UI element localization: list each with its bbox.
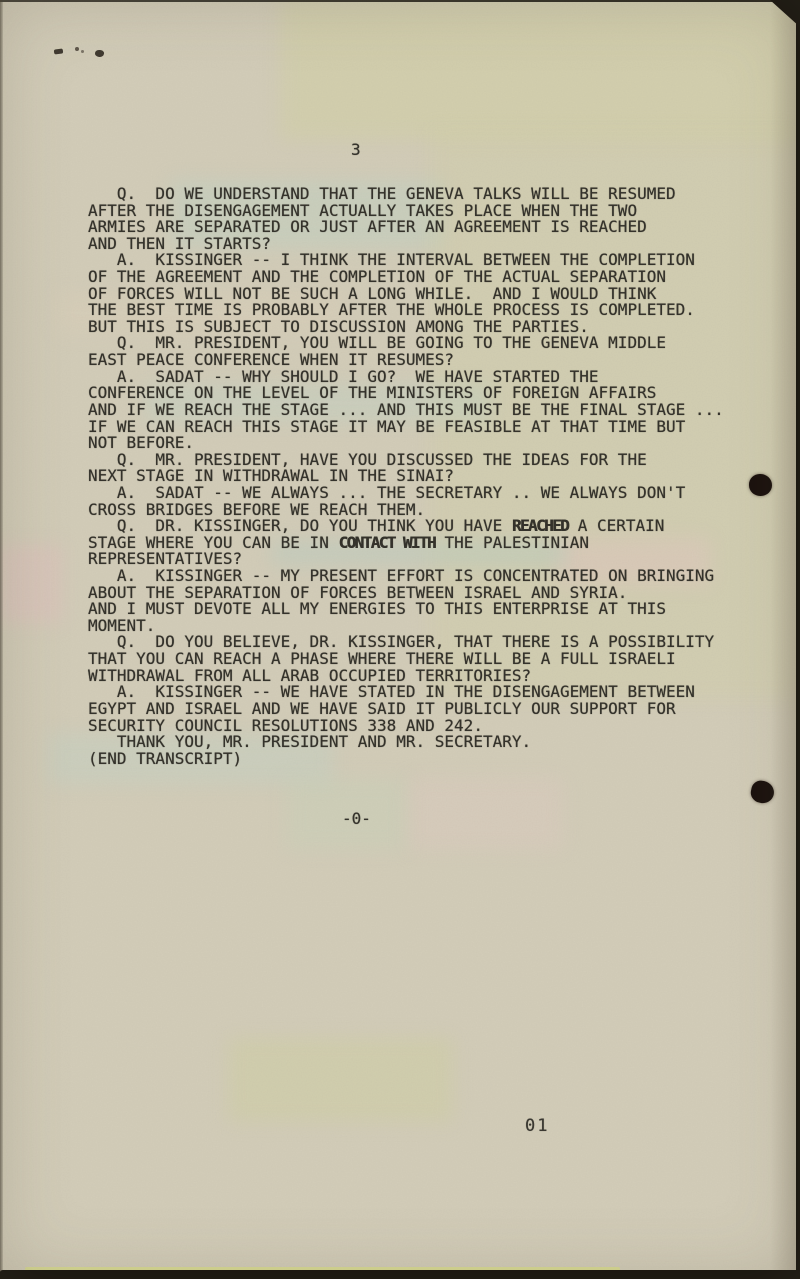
scan-tint-patch [280, 0, 800, 140]
end-separator: -0- [342, 810, 371, 827]
transcript-line: AND I MUST DEVOTE ALL MY ENERGIES TO THI… [88, 601, 768, 618]
scan-tint-patch [228, 1038, 453, 1122]
transcript-line: (END TRANSCRIPT) [88, 751, 768, 768]
scan-tint-patch [0, 545, 62, 623]
text-segment: THE PALESTINIAN [435, 533, 589, 552]
ink-mark [81, 50, 84, 53]
page-edge-top [0, 0, 800, 2]
hole-punch-top [749, 474, 772, 496]
transcript: Q. DO WE UNDERSTAND THAT THE GENEVA TALK… [88, 186, 768, 767]
page-edge-left [0, 0, 3, 1279]
page-number: 3 [351, 141, 361, 158]
page-edge-right [796, 0, 800, 1279]
footer-code: 01 [525, 1117, 549, 1135]
scan-tint-patch [408, 778, 563, 850]
transcript-line: EGYPT AND ISRAEL AND WE HAVE SAID IT PUB… [88, 701, 768, 718]
overstruck-text: CONTACT WITH [338, 533, 434, 552]
page-edge-shadow [770, 0, 796, 1279]
ink-mark [54, 48, 64, 54]
ink-mark [95, 49, 105, 57]
hole-punch-bottom [749, 779, 776, 805]
page-edge-bottom [0, 1270, 800, 1279]
ink-mark [75, 47, 79, 51]
scanned-document-page: 3 Q. DO WE UNDERSTAND THAT THE GENEVA TA… [0, 0, 800, 1279]
